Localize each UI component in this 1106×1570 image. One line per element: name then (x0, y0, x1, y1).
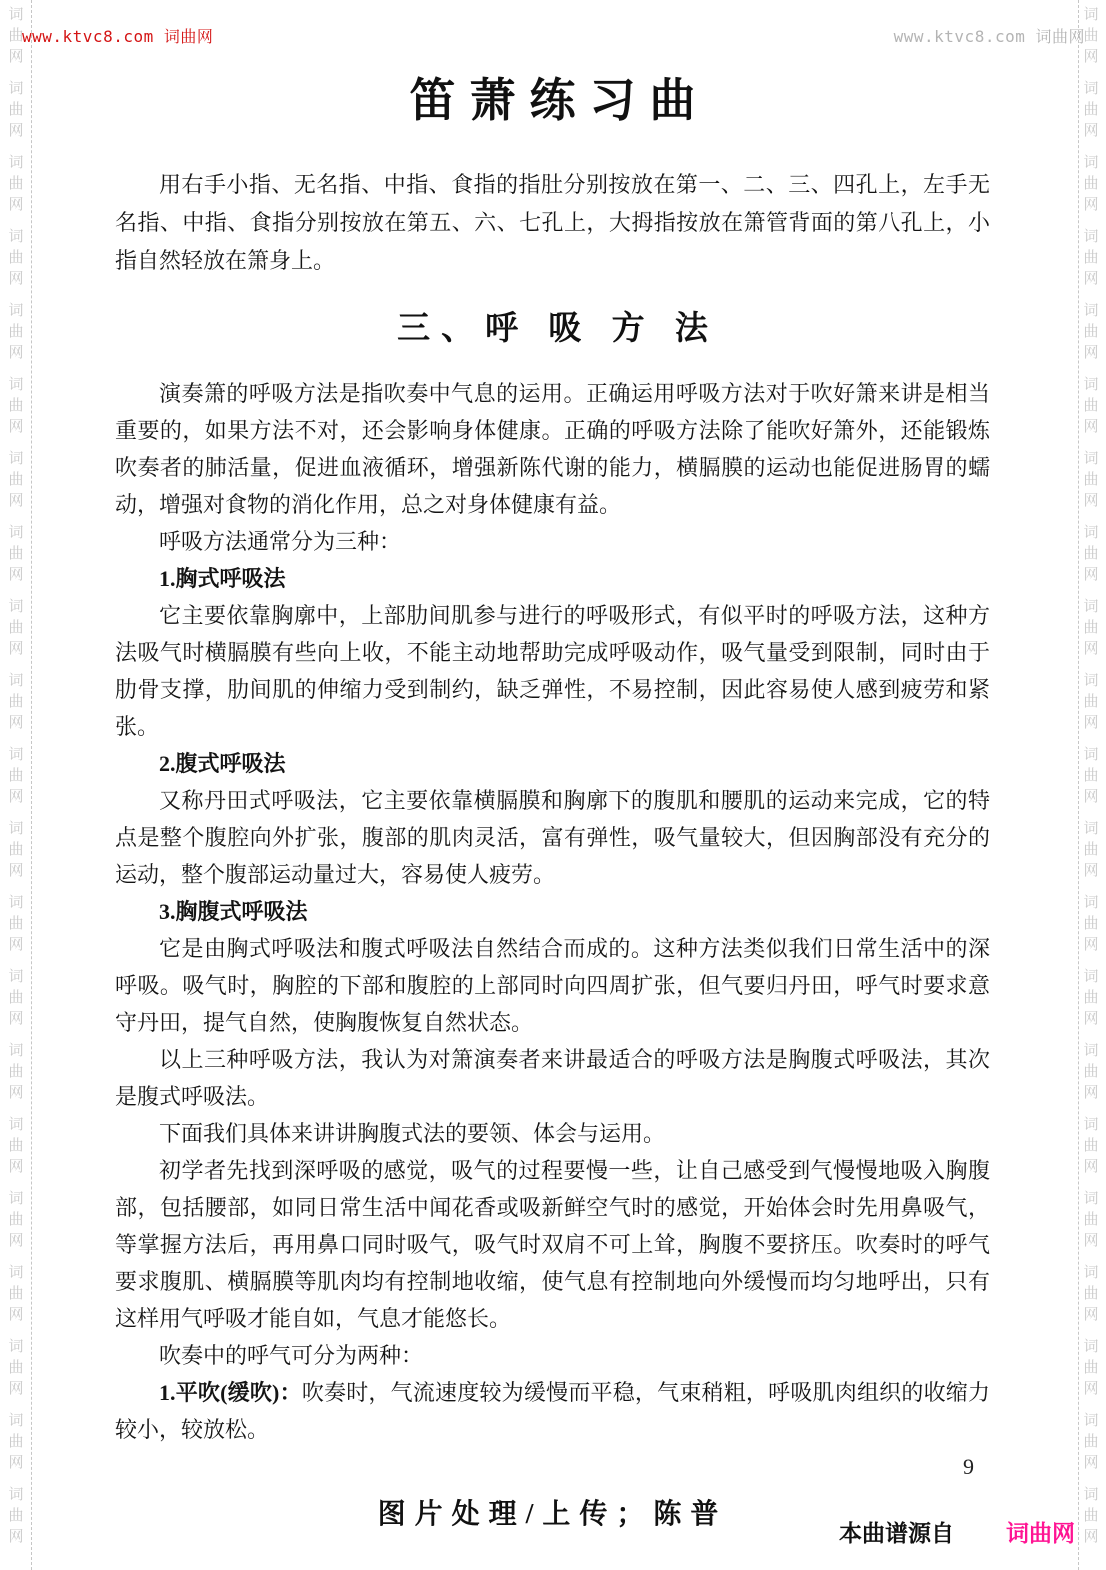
watermark-text-group: 词曲网 (1081, 1410, 1101, 1473)
left-dashed-divider (31, 0, 32, 1570)
site-name: 词曲网 (1006, 1520, 1075, 1546)
watermark-text-group: 词曲网 (1081, 1188, 1101, 1251)
watermark-text-group: 词曲网 (6, 670, 26, 733)
watermark-text-group: 词曲网 (1081, 448, 1101, 511)
watermark-text-group: 词曲网 (6, 374, 26, 437)
watermark-text-group: 词曲网 (6, 1262, 26, 1325)
paragraph: 下面我们具体来讲讲胸腹式法的要领、体会与运用。 (115, 1115, 990, 1152)
page-number: 9 (115, 1454, 990, 1480)
paragraph: 初学者先找到深呼吸的感觉，吸气的过程要慢一些，让自己感受到气慢慢地吸入胸腹部，包… (115, 1152, 990, 1337)
scanned-document-page: 词曲网词曲网词曲网词曲网词曲网词曲网词曲网词曲网词曲网词曲网词曲网词曲网词曲网词… (0, 0, 1106, 1570)
watermark-text-group: 词曲网 (1081, 1114, 1101, 1177)
watermark-text-group: 词曲网 (6, 1410, 26, 1473)
watermark-text-group: 词曲网 (1081, 670, 1101, 733)
watermark-text-group: 词曲网 (6, 744, 26, 807)
sub-heading: 1.胸式呼吸法 (115, 560, 990, 597)
right-vertical-watermark: 词曲网词曲网词曲网词曲网词曲网词曲网词曲网词曲网词曲网词曲网词曲网词曲网词曲网词… (1081, 4, 1101, 1558)
paragraph: 以上三种呼吸方法，我认为对箫演奏者来讲最适合的呼吸方法是胸腹式呼吸法，其次是腹式… (115, 1041, 990, 1115)
paragraph: 它是由胸式呼吸法和腹式呼吸法自然结合而成的。这种方法类似我们日常生活中的深呼吸。… (115, 930, 990, 1041)
watermark-text-group: 词曲网 (1081, 1262, 1101, 1325)
paragraph: 演奏箫的呼吸方法是指吹奏中气息的运用。正确运用呼吸方法对于吹好箫来讲是相当重要的… (115, 375, 990, 523)
paragraph: 呼吸方法通常分为三种： (115, 523, 990, 560)
watermark-text-group: 词曲网 (1081, 744, 1101, 807)
watermark-text-group: 词曲网 (6, 522, 26, 585)
watermark-text-group: 词曲网 (1081, 1484, 1101, 1547)
watermark-text-group: 词曲网 (6, 892, 26, 955)
section-heading: 三、呼 吸 方 法 (115, 302, 990, 349)
watermark-text-group: 词曲网 (1081, 226, 1101, 289)
watermark-text-group: 词曲网 (6, 1336, 26, 1399)
document-content: 笛萧练习曲 用右手小指、无名指、中指、食指的指肚分别按放在第一、二、三、四孔上，… (115, 0, 990, 1532)
watermark-text-group: 词曲网 (6, 78, 26, 141)
intro-paragraph: 用右手小指、无名指、中指、食指的指肚分别按放在第一、二、三、四孔上，左手无名指、… (115, 166, 990, 280)
source-footer: 本曲谱源自词曲网 (839, 1515, 1075, 1548)
watermark-text-group: 词曲网 (1081, 522, 1101, 585)
watermark-text-group: 词曲网 (1081, 300, 1101, 363)
watermark-text-group: 词曲网 (6, 300, 26, 363)
paragraph: 又称丹田式呼吸法，它主要依靠横膈膜和胸廓下的腹肌和腰肌的运动来完成，它的特点是整… (115, 782, 990, 893)
right-dashed-divider (1078, 0, 1079, 1570)
watermark-text-group: 词曲网 (1081, 966, 1101, 1029)
watermark-text-group: 词曲网 (1081, 78, 1101, 141)
watermark-text-group: 词曲网 (6, 1188, 26, 1251)
watermark-text-group: 词曲网 (6, 818, 26, 881)
watermark-text-group: 词曲网 (1081, 596, 1101, 659)
paragraph: 它主要依靠胸廓中，上部肋间肌参与进行的呼吸形式，有似平时的呼吸方法，这种方法吸气… (115, 597, 990, 745)
watermark-text-group: 词曲网 (6, 1114, 26, 1177)
sub-heading: 3.胸腹式呼吸法 (115, 893, 990, 930)
body-paragraphs: 演奏箫的呼吸方法是指吹奏中气息的运用。正确运用呼吸方法对于吹好箫来讲是相当重要的… (115, 375, 990, 1448)
watermark-text-group: 词曲网 (1081, 892, 1101, 955)
watermark-text-group: 词曲网 (1081, 818, 1101, 881)
watermark-text-group: 词曲网 (1081, 1040, 1101, 1103)
watermark-text-group: 词曲网 (6, 596, 26, 659)
sub-heading: 2.腹式呼吸法 (115, 745, 990, 782)
paragraph: 1.平吹(缓吹)：吹奏时，气流速度较为缓慢而平稳，气束稍粗，呼吸肌肉组织的收缩力… (115, 1374, 990, 1448)
left-vertical-watermark: 词曲网词曲网词曲网词曲网词曲网词曲网词曲网词曲网词曲网词曲网词曲网词曲网词曲网词… (6, 4, 26, 1558)
page-title: 笛萧练习曲 (115, 64, 990, 130)
watermark-text-group: 词曲网 (6, 152, 26, 215)
paragraph: 吹奏中的呼气可分为两种： (115, 1337, 990, 1374)
watermark-text-group: 词曲网 (6, 966, 26, 1029)
watermark-text-group: 词曲网 (6, 448, 26, 511)
watermark-text-group: 词曲网 (6, 226, 26, 289)
watermark-text-group: 词曲网 (1081, 374, 1101, 437)
watermark-text-group: 词曲网 (6, 1484, 26, 1547)
watermark-text-group: 词曲网 (1081, 152, 1101, 215)
watermark-text-group: 词曲网 (6, 1040, 26, 1103)
watermark-text-group: 词曲网 (1081, 1336, 1101, 1399)
source-label: 本曲谱源自 (839, 1520, 954, 1546)
